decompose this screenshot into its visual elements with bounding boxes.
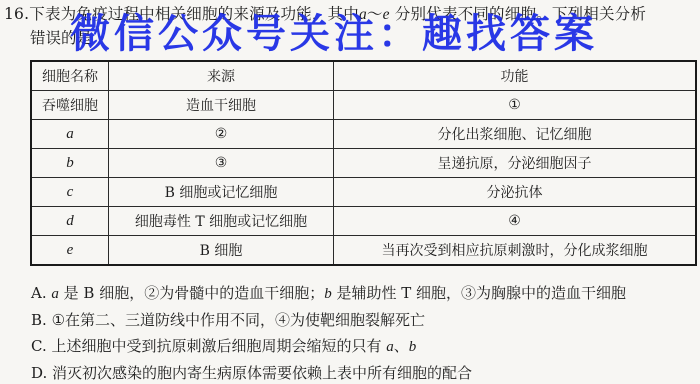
option-d[interactable]: D. 消灭初次感染的胞内寄生病原体需要依赖上表中所有细胞的配合	[31, 360, 626, 384]
cell-source: 造血干细胞	[109, 91, 334, 120]
table-row: 吞噬细胞 造血干细胞 ①	[31, 91, 696, 120]
immune-cells-table: 细胞名称 来源 功能 吞噬细胞 造血干细胞 ① a ② 分化出浆细胞、记忆细胞 …	[30, 60, 697, 266]
table-row: a ② 分化出浆细胞、记忆细胞	[31, 120, 696, 149]
header-cell-name: 细胞名称	[31, 61, 109, 91]
header-cell-function: 功能	[334, 61, 697, 91]
table-header-row: 细胞名称 来源 功能	[31, 61, 696, 91]
cell-source: B 细胞	[109, 236, 334, 266]
header-cell-source: 来源	[109, 61, 334, 91]
cell-source: 细胞毒性 T 细胞或记忆细胞	[109, 207, 334, 236]
cell-name: e	[31, 236, 109, 266]
watermark-overlay: 微信公众号关注：趣找答案	[70, 12, 598, 56]
option-a[interactable]: A. a 是 B 细胞，②为骨髓中的造血干细胞；b 是辅助性 T 细胞，③为胸腺…	[31, 280, 626, 307]
table-row: d 细胞毒性 T 细胞或记忆细胞 ④	[31, 207, 696, 236]
answer-options: A. a 是 B 细胞，②为骨髓中的造血干细胞；b 是辅助性 T 细胞，③为胸腺…	[31, 280, 626, 384]
cell-function: ①	[334, 91, 697, 120]
table-row: e B 细胞 当再次受到相应抗原刺激时，分化成浆细胞	[31, 236, 696, 266]
cell-source: ②	[109, 120, 334, 149]
option-b[interactable]: B. ①在第二、三道防线中作用不同，④为使靶细胞裂解死亡	[31, 307, 626, 333]
cell-function: 分泌抗体	[334, 178, 697, 207]
cell-name: a	[31, 120, 109, 149]
cell-source: ③	[109, 149, 334, 178]
cell-name: 吞噬细胞	[31, 91, 109, 120]
cell-function: 当再次受到相应抗原刺激时，分化成浆细胞	[334, 236, 697, 266]
question-number: 16.	[4, 5, 29, 23]
cell-name: b	[31, 149, 109, 178]
cell-source: B 细胞或记忆细胞	[109, 178, 334, 207]
cell-name: c	[31, 178, 109, 207]
table-row: b ③ 呈递抗原，分泌细胞因子	[31, 149, 696, 178]
cell-function: ④	[334, 207, 697, 236]
option-c[interactable]: C. 上述细胞中受到抗原刺激后细胞周期会缩短的只有 a、b	[31, 333, 626, 360]
cell-function: 呈递抗原，分泌细胞因子	[334, 149, 697, 178]
cell-name: d	[31, 207, 109, 236]
table-row: c B 细胞或记忆细胞 分泌抗体	[31, 178, 696, 207]
cell-function: 分化出浆细胞、记忆细胞	[334, 120, 697, 149]
